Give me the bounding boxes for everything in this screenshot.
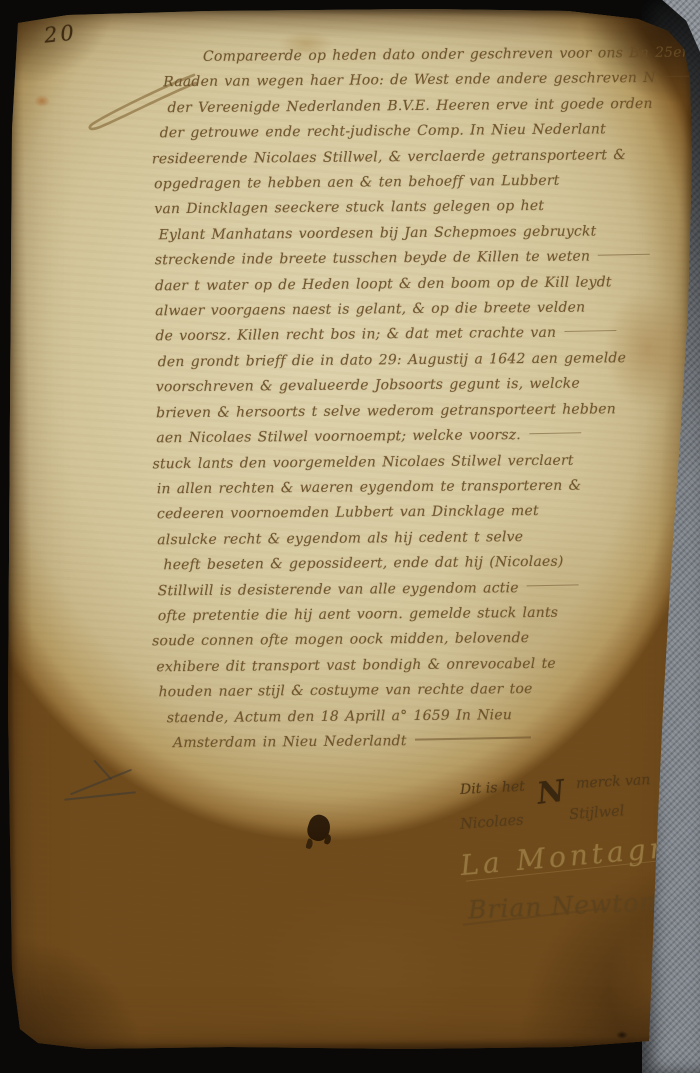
mark-prefix: Dit is het — [460, 779, 526, 798]
paper-stain — [616, 1031, 628, 1039]
mark-suffix: merck van — [576, 772, 651, 792]
ink-blot — [305, 812, 334, 844]
paper-stain — [258, 889, 478, 1049]
last-name: Stijlwel — [569, 803, 625, 823]
page-number: 20 — [43, 20, 78, 47]
signature-brian-newton: Brian Newton . — [467, 887, 675, 925]
scanned-manuscript-page: 20 Compareerde op heden dato onder gesch… — [0, 0, 700, 1073]
first-name: Nicolaes — [460, 812, 524, 832]
pencil-collation-mark — [60, 757, 150, 812]
manuscript-line: brieven & hersoorts t selve wederom getr… — [156, 396, 680, 426]
parchment-sheet: 20 Compareerde op heden dato onder gesch… — [8, 9, 692, 1049]
paper-stain — [34, 95, 50, 107]
manuscript-line: der getrouwe ende recht-judische Comp. I… — [160, 117, 678, 147]
paper-stain — [174, 1049, 188, 1058]
mark-statement: Dit is het N merck van — [460, 772, 651, 802]
signature-mark-N: N — [536, 782, 566, 805]
manuscript-body: Compareerde op heden dato onder geschrev… — [153, 41, 683, 757]
manuscript-line: Amsterdam in Nieu Nederlandt — [173, 727, 683, 757]
manuscript-line: daer t water op de Heden loopt & den boo… — [155, 269, 679, 299]
manuscript-line: den grondt brieff die in dato 29: August… — [158, 346, 680, 376]
manuscript-line: resideerende Nicolaes Stillwel, & vercla… — [152, 142, 678, 172]
